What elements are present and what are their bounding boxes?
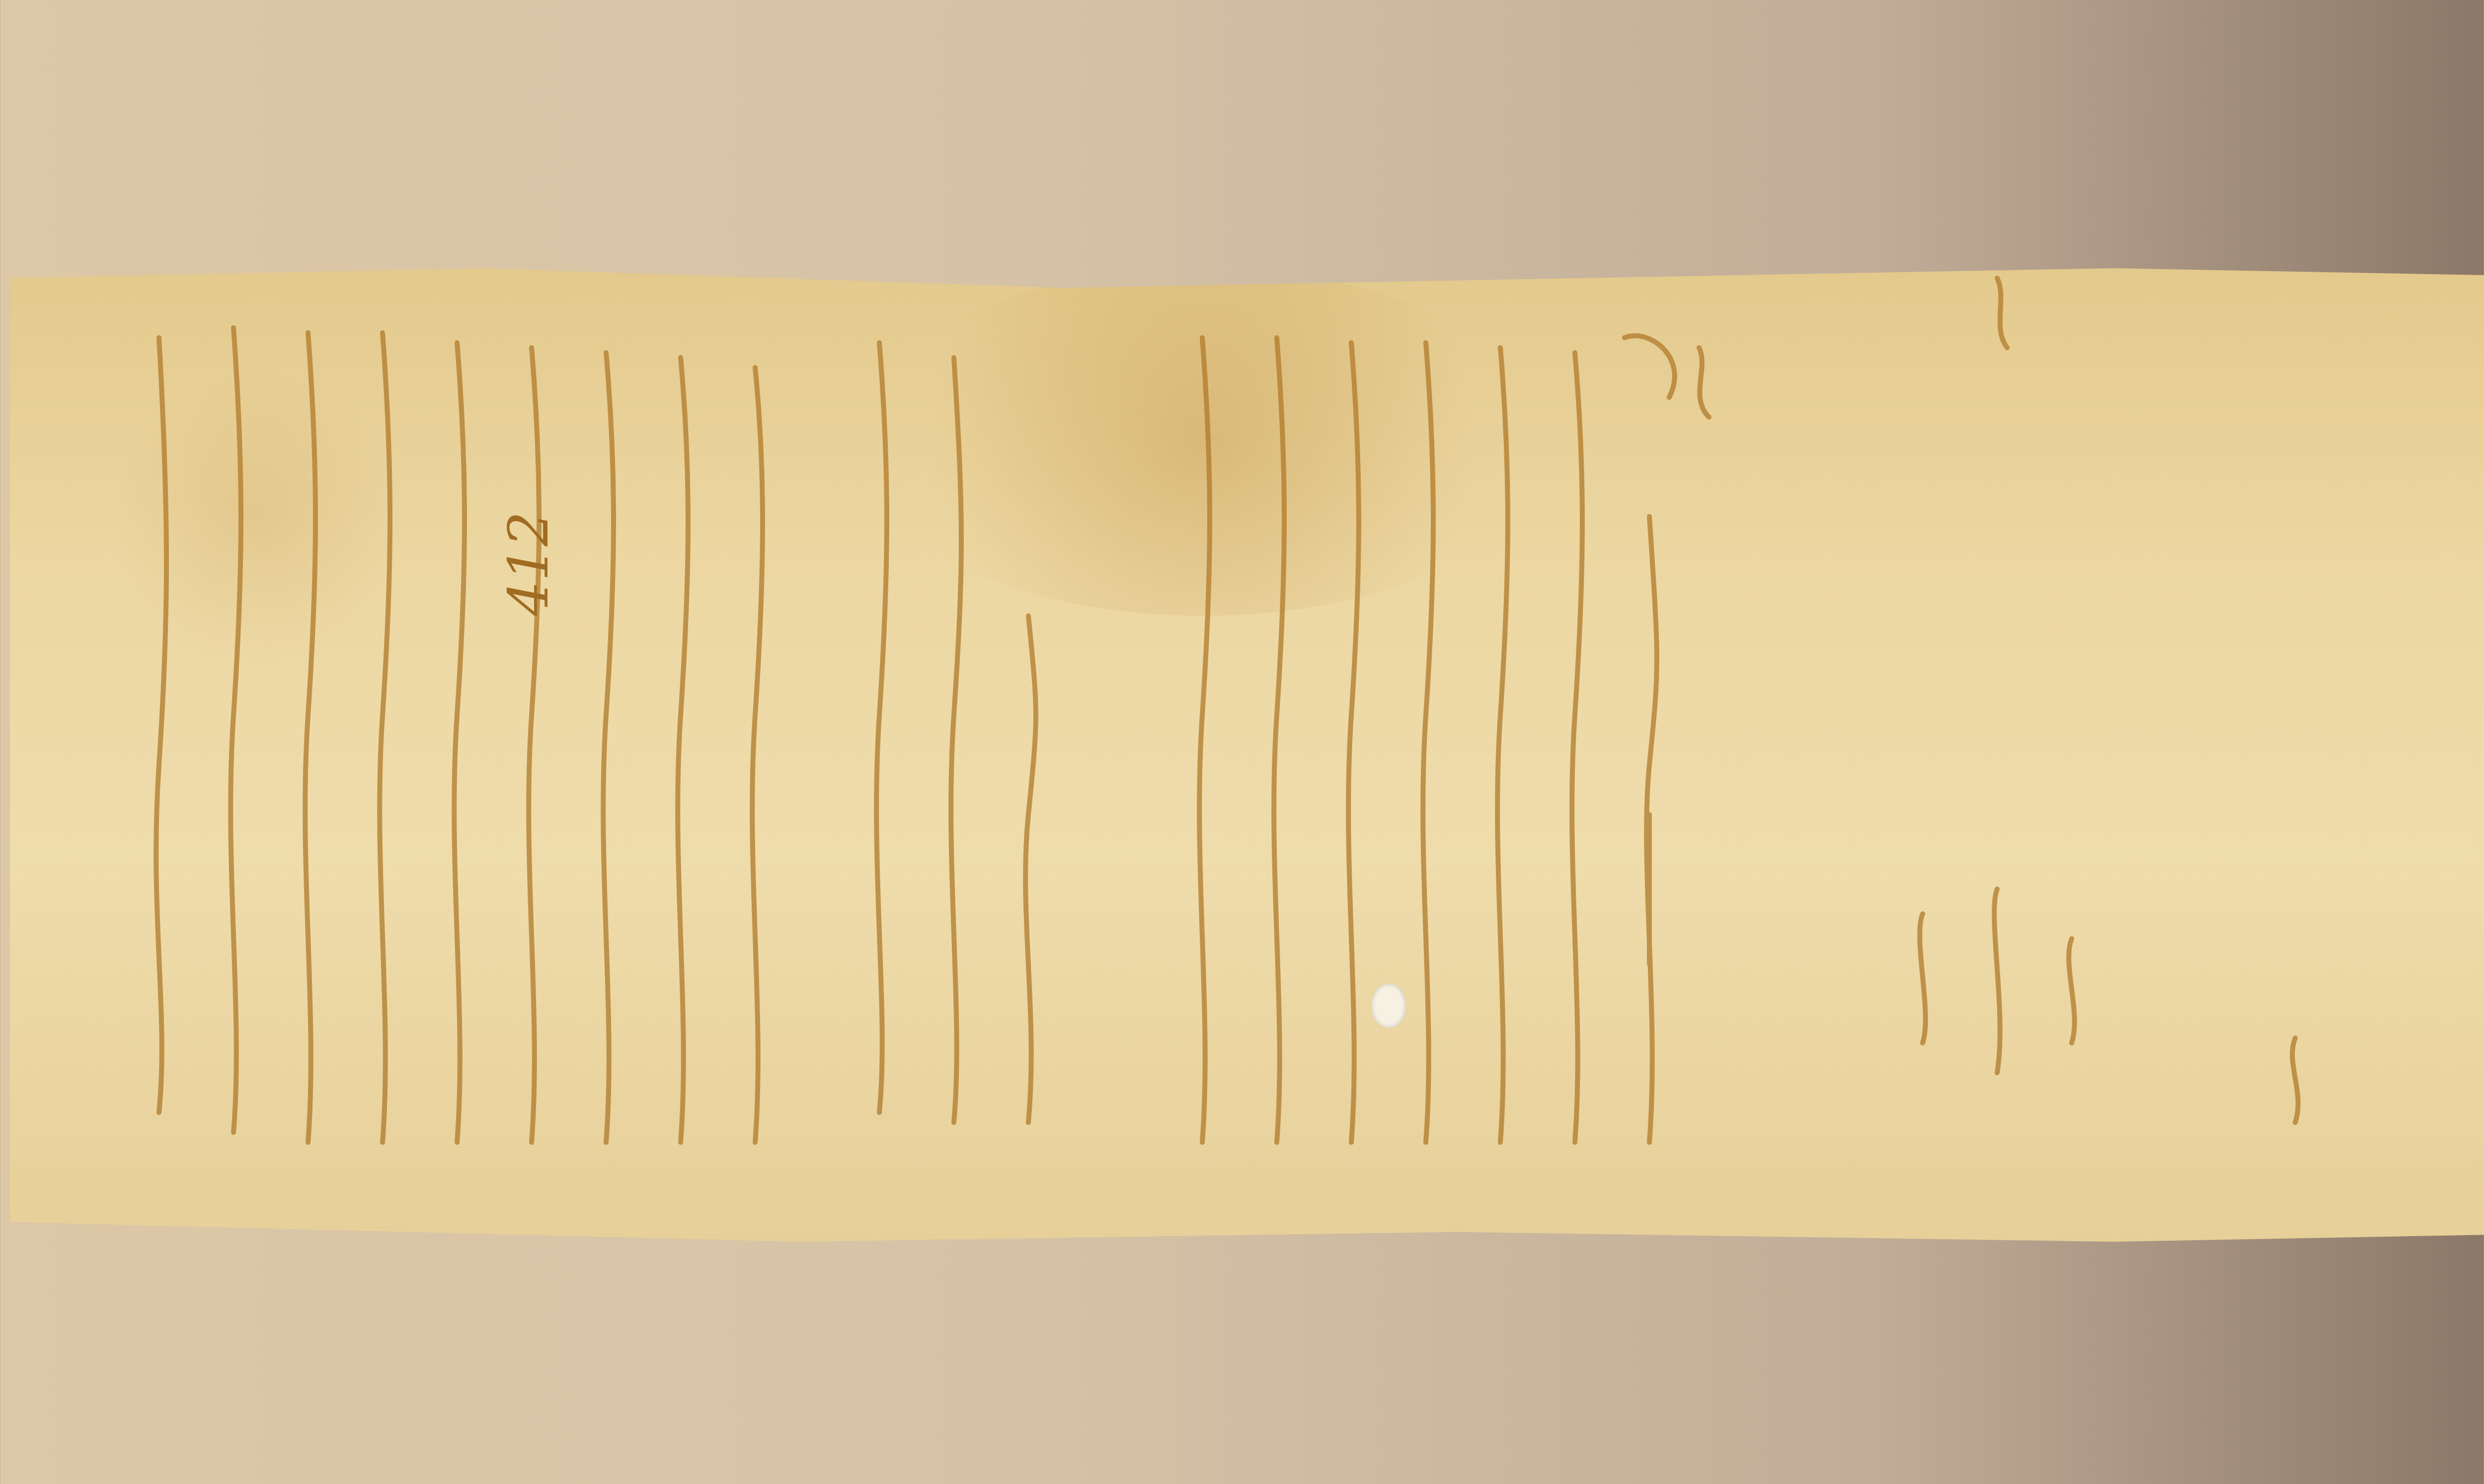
manuscript-page	[10, 268, 2484, 1252]
background-surface: 412 illegible	[0, 0, 2484, 1484]
paper-hole	[1371, 983, 1406, 1028]
handwriting-lines	[10, 268, 2484, 1252]
folio-number: 412	[497, 512, 560, 616]
